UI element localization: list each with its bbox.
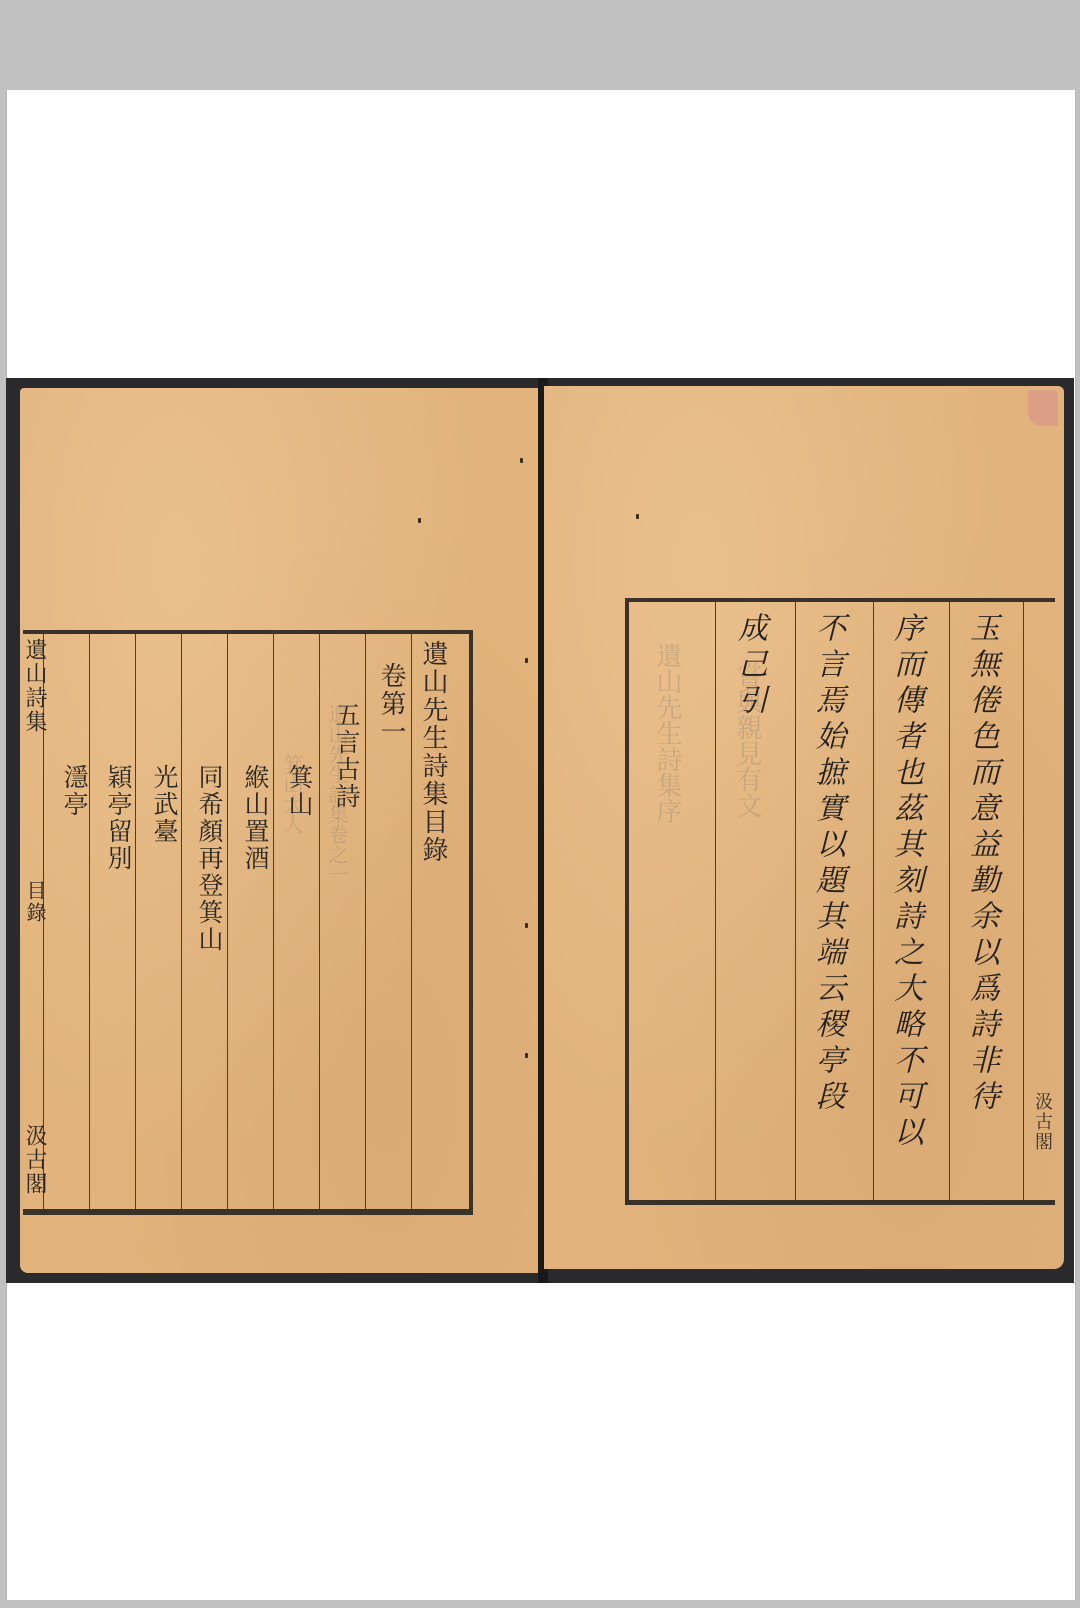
toc-entry: 穎亭留別	[100, 764, 136, 872]
preface-column: 玉無倦色而意益勤余以爲詩非待	[959, 612, 1003, 1116]
binding-hole	[525, 1053, 528, 1058]
ink-spot	[636, 514, 639, 519]
toc-frame: 遺山先生詩集卷之一 箕山大人 遺山先生詩集目錄 卷第一 五言古詩 箕山 緱山置酒…	[23, 630, 473, 1215]
margin-title: 遺山詩集	[19, 638, 50, 734]
toc-entry: 箕山	[281, 764, 317, 818]
book-scan-image: 遺山先生詩集卷之一 箕山大人 遺山先生詩集目錄 卷第一 五言古詩 箕山 緱山置酒…	[6, 378, 1074, 1283]
binding-hole	[525, 923, 528, 928]
corner-stain	[1028, 390, 1058, 426]
toc-entry: 同希顏再登箕山	[191, 764, 227, 953]
binding-hole	[520, 458, 523, 463]
toc-title: 遺山先生詩集目錄	[415, 640, 452, 864]
preface-column: 不言焉始摭實以題其端云稷亭段	[805, 612, 849, 1116]
bleed-through-text: 遺山先生詩集序	[649, 642, 686, 824]
toc-entry: 緱山置酒	[237, 764, 273, 872]
margin-publisher: 汲古閣	[1029, 1092, 1055, 1152]
left-page: 遺山先生詩集卷之一 箕山大人 遺山先生詩集目錄 卷第一 五言古詩 箕山 緱山置酒…	[20, 388, 543, 1273]
preface-frame: 遺山先生詩集序 嘗與親見有文 玉無倦色而意益勤余以爲詩非待 序而傳者也茲其刻詩之…	[625, 598, 1055, 1205]
margin-label: 目錄	[21, 880, 50, 924]
preface-column: 序而傳者也茲其刻詩之大略不可以	[883, 612, 927, 1152]
margin-publisher: 汲古閣	[19, 1124, 50, 1196]
right-page: 遺山先生詩集序 嘗與親見有文 玉無倦色而意益勤余以爲詩非待 序而傳者也茲其刻詩之…	[544, 386, 1064, 1269]
viewer-top-band	[0, 0, 1080, 90]
binding-hole	[525, 658, 528, 663]
ink-spot	[418, 518, 421, 523]
toc-entry: 光武臺	[146, 764, 182, 845]
preface-column: 成己引	[727, 612, 771, 720]
toc-volume: 卷第一	[373, 662, 410, 746]
toc-entry: 濦亭	[56, 764, 92, 818]
toc-section: 五言古詩	[328, 702, 364, 810]
